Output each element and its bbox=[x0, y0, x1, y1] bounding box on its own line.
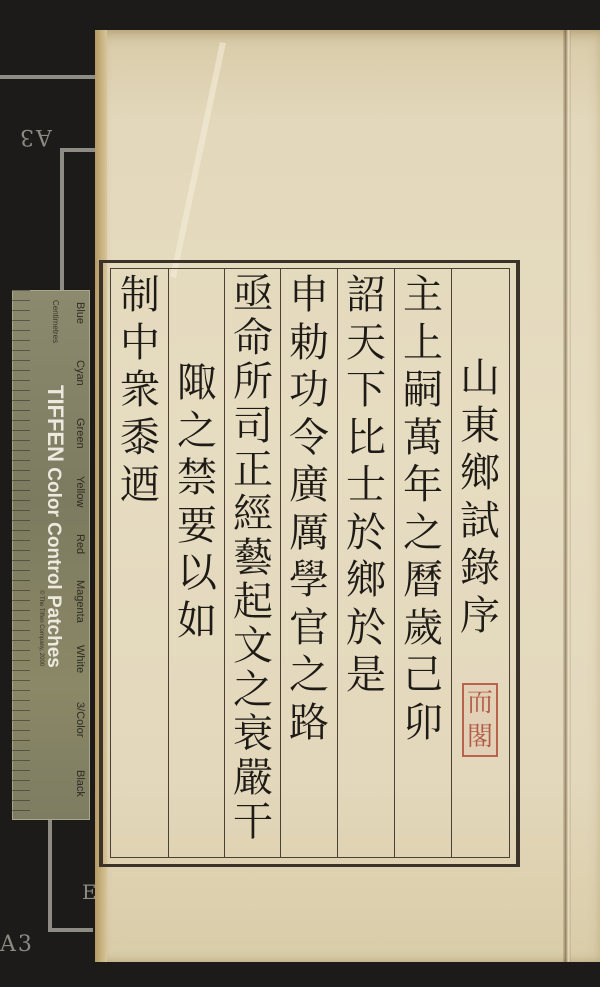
char: 藝 bbox=[233, 536, 273, 580]
red-seal-stamp: 而 閣 bbox=[462, 683, 498, 757]
char: 申 bbox=[289, 272, 329, 320]
char: 歲 bbox=[403, 605, 443, 653]
marker-label-top: A3 bbox=[18, 124, 52, 149]
text-column-4: 申 勅 功 令 廣 厲 學 官 之 路 bbox=[281, 272, 337, 747]
char: 起 bbox=[233, 580, 273, 624]
char: 文 bbox=[233, 624, 273, 668]
target-bracket-bottom-h bbox=[48, 928, 93, 932]
char: 萬 bbox=[403, 415, 443, 463]
patch-label-cyan: Cyan bbox=[74, 360, 86, 386]
char: 衆 bbox=[120, 367, 160, 415]
char: 干 bbox=[233, 800, 273, 844]
char: 命 bbox=[233, 316, 273, 360]
target-bracket-top-v bbox=[60, 148, 64, 293]
patch-label-black: Black bbox=[74, 770, 86, 797]
strip-copyright: © The Tiffen Company, 2000 bbox=[38, 590, 44, 666]
char: 比 bbox=[346, 415, 386, 463]
text-column-7: 制 中 衆 黍 迺 bbox=[112, 272, 168, 510]
patch-label-white: White bbox=[74, 645, 86, 673]
char: 禁 bbox=[177, 455, 217, 503]
char: 主 bbox=[403, 272, 443, 320]
char: 山 bbox=[460, 355, 500, 403]
char: 經 bbox=[233, 492, 273, 536]
target-line-top bbox=[0, 75, 102, 79]
char: 司 bbox=[233, 404, 273, 448]
char: 亟 bbox=[233, 272, 273, 316]
char: 曆 bbox=[403, 557, 443, 605]
char: 衰 bbox=[233, 712, 273, 756]
char: 之 bbox=[403, 510, 443, 558]
char: 路 bbox=[289, 700, 329, 748]
patch-label-green: Green bbox=[74, 418, 86, 449]
char: 以 bbox=[177, 550, 217, 598]
strip-units-label: Centimetres bbox=[51, 300, 60, 343]
char: 之 bbox=[289, 652, 329, 700]
char: 錄 bbox=[460, 545, 500, 593]
marker-label-bottom: A3 bbox=[0, 932, 34, 957]
ruler-ticks bbox=[12, 290, 30, 820]
char: 所 bbox=[233, 360, 273, 404]
char: 要 bbox=[177, 503, 217, 551]
char: 鄉 bbox=[460, 450, 500, 498]
char: 制 bbox=[120, 272, 160, 320]
char: 試 bbox=[460, 498, 500, 546]
char: 嗣 bbox=[403, 367, 443, 415]
strip-title: TIFFEN Color Control Patches bbox=[42, 385, 68, 668]
char: 於 bbox=[346, 510, 386, 558]
char: 詔 bbox=[346, 272, 386, 320]
char: 鄉 bbox=[346, 557, 386, 605]
char: 上 bbox=[403, 320, 443, 368]
char: 東 bbox=[460, 403, 500, 451]
strip-subtitle: Color Control Patches bbox=[43, 467, 64, 668]
tiffen-logo: TIFFEN bbox=[43, 385, 68, 462]
target-bracket-bottom-v bbox=[48, 820, 52, 930]
page-crease bbox=[563, 30, 571, 962]
char: 天 bbox=[346, 320, 386, 368]
char: 是 bbox=[346, 652, 386, 700]
char: 勅 bbox=[289, 320, 329, 368]
text-column-5: 亟 命 所 司 正 經 藝 起 文 之 衰 嚴 干 bbox=[225, 272, 281, 844]
char: 之 bbox=[233, 668, 273, 712]
char: 令 bbox=[289, 415, 329, 463]
char: 序 bbox=[460, 593, 500, 641]
seal-char: 閣 bbox=[467, 720, 493, 754]
char: 中 bbox=[120, 320, 160, 368]
char: 卯 bbox=[403, 700, 443, 748]
text-column-2: 主 上 嗣 萬 年 之 曆 歲 己 卯 bbox=[395, 272, 451, 747]
patch-label-3color: 3/Color bbox=[74, 702, 86, 737]
char: 迺 bbox=[120, 462, 160, 510]
char: 厲 bbox=[289, 510, 329, 558]
char: 嚴 bbox=[233, 756, 273, 800]
char: 年 bbox=[403, 462, 443, 510]
char: 之 bbox=[177, 408, 217, 456]
patch-label-blue: Blue bbox=[74, 302, 86, 324]
color-control-strip: Centimetres TIFFEN Color Control Patches… bbox=[12, 290, 90, 820]
patch-label-yellow: Yellow bbox=[74, 476, 86, 507]
text-column-6: 陬 之 禁 要 以 如 bbox=[169, 360, 225, 645]
text-column-title: 山 東 鄉 試 錄 序 bbox=[452, 355, 508, 640]
char: 己 bbox=[403, 652, 443, 700]
char: 下 bbox=[346, 367, 386, 415]
char: 黍 bbox=[120, 415, 160, 463]
char: 士 bbox=[346, 462, 386, 510]
patch-label-red: Red bbox=[74, 534, 86, 554]
char: 如 bbox=[177, 598, 217, 646]
patch-label-magenta: Magenta bbox=[74, 580, 86, 623]
char: 學 bbox=[289, 557, 329, 605]
char: 正 bbox=[233, 448, 273, 492]
char: 功 bbox=[289, 367, 329, 415]
char: 廣 bbox=[289, 462, 329, 510]
char: 陬 bbox=[177, 360, 217, 408]
seal-char: 而 bbox=[467, 686, 493, 720]
char: 官 bbox=[289, 605, 329, 653]
target-bracket-top-h bbox=[60, 148, 100, 152]
text-column-3: 詔 天 下 比 士 於 鄉 於 是 bbox=[338, 272, 394, 700]
char: 於 bbox=[346, 605, 386, 653]
